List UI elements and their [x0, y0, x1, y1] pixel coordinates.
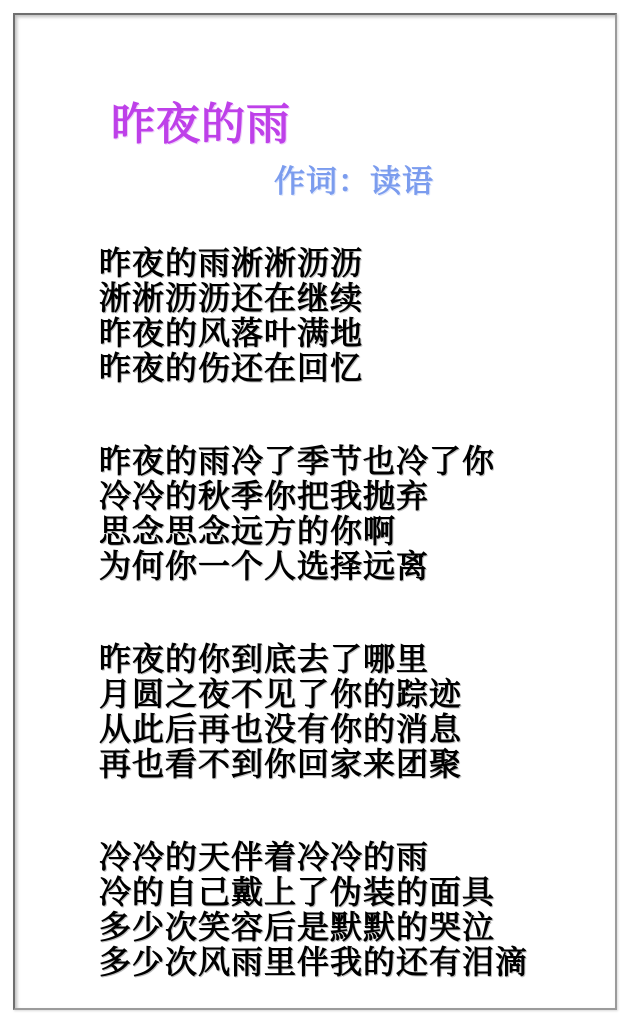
song-title: 昨夜的雨 — [111, 101, 291, 149]
lyric-line: 昨夜的伤还在回忆 — [99, 351, 528, 386]
lyric-line: 思念思念远方的你啊 — [99, 514, 528, 549]
lyrics-page: 昨夜的雨 作词：读语 昨夜的雨淅淅沥沥 淅淅沥沥还在继续 昨夜的风落叶满地 昨夜… — [0, 0, 627, 1026]
stanza-3: 昨夜的你到底去了哪里 月圆之夜不见了你的踪迹 从此后再也没有你的消息 再也看不到… — [99, 642, 528, 782]
lyric-line: 冷冷的天伴着冷冷的雨 — [99, 840, 528, 875]
lyric-line: 昨夜的风落叶满地 — [99, 316, 528, 351]
page-border-frame: 昨夜的雨 作词：读语 昨夜的雨淅淅沥沥 淅淅沥沥还在继续 昨夜的风落叶满地 昨夜… — [13, 13, 617, 1010]
lyric-line: 冷冷的秋季你把我抛弃 — [99, 479, 528, 514]
lyric-line: 再也看不到你回家来团聚 — [99, 747, 528, 782]
lyric-line: 冷的自己戴上了伪装的面具 — [99, 875, 528, 910]
lyric-line: 昨夜的雨淅淅沥沥 — [99, 246, 528, 281]
lyric-line: 为何你一个人选择远离 — [99, 549, 528, 584]
lyric-line: 从此后再也没有你的消息 — [99, 712, 528, 747]
lyric-line: 月圆之夜不见了你的踪迹 — [99, 677, 528, 712]
lyrics-body: 昨夜的雨淅淅沥沥 淅淅沥沥还在继续 昨夜的风落叶满地 昨夜的伤还在回忆 昨夜的雨… — [99, 246, 528, 980]
lyric-line: 昨夜的你到底去了哪里 — [99, 642, 528, 677]
stanza-4: 冷冷的天伴着冷冷的雨 冷的自己戴上了伪装的面具 多少次笑容后是默默的哭泣 多少次… — [99, 840, 528, 980]
lyricist-credit: 作词：读语 — [274, 165, 434, 199]
stanza-2: 昨夜的雨冷了季节也冷了你 冷冷的秋季你把我抛弃 思念思念远方的你啊 为何你一个人… — [99, 444, 528, 584]
stanza-1: 昨夜的雨淅淅沥沥 淅淅沥沥还在继续 昨夜的风落叶满地 昨夜的伤还在回忆 — [99, 246, 528, 386]
lyric-line: 昨夜的雨冷了季节也冷了你 — [99, 444, 528, 479]
lyric-line: 多少次笑容后是默默的哭泣 — [99, 910, 528, 945]
lyric-line: 多少次风雨里伴我的还有泪滴 — [99, 945, 528, 980]
lyric-line: 淅淅沥沥还在继续 — [99, 281, 528, 316]
